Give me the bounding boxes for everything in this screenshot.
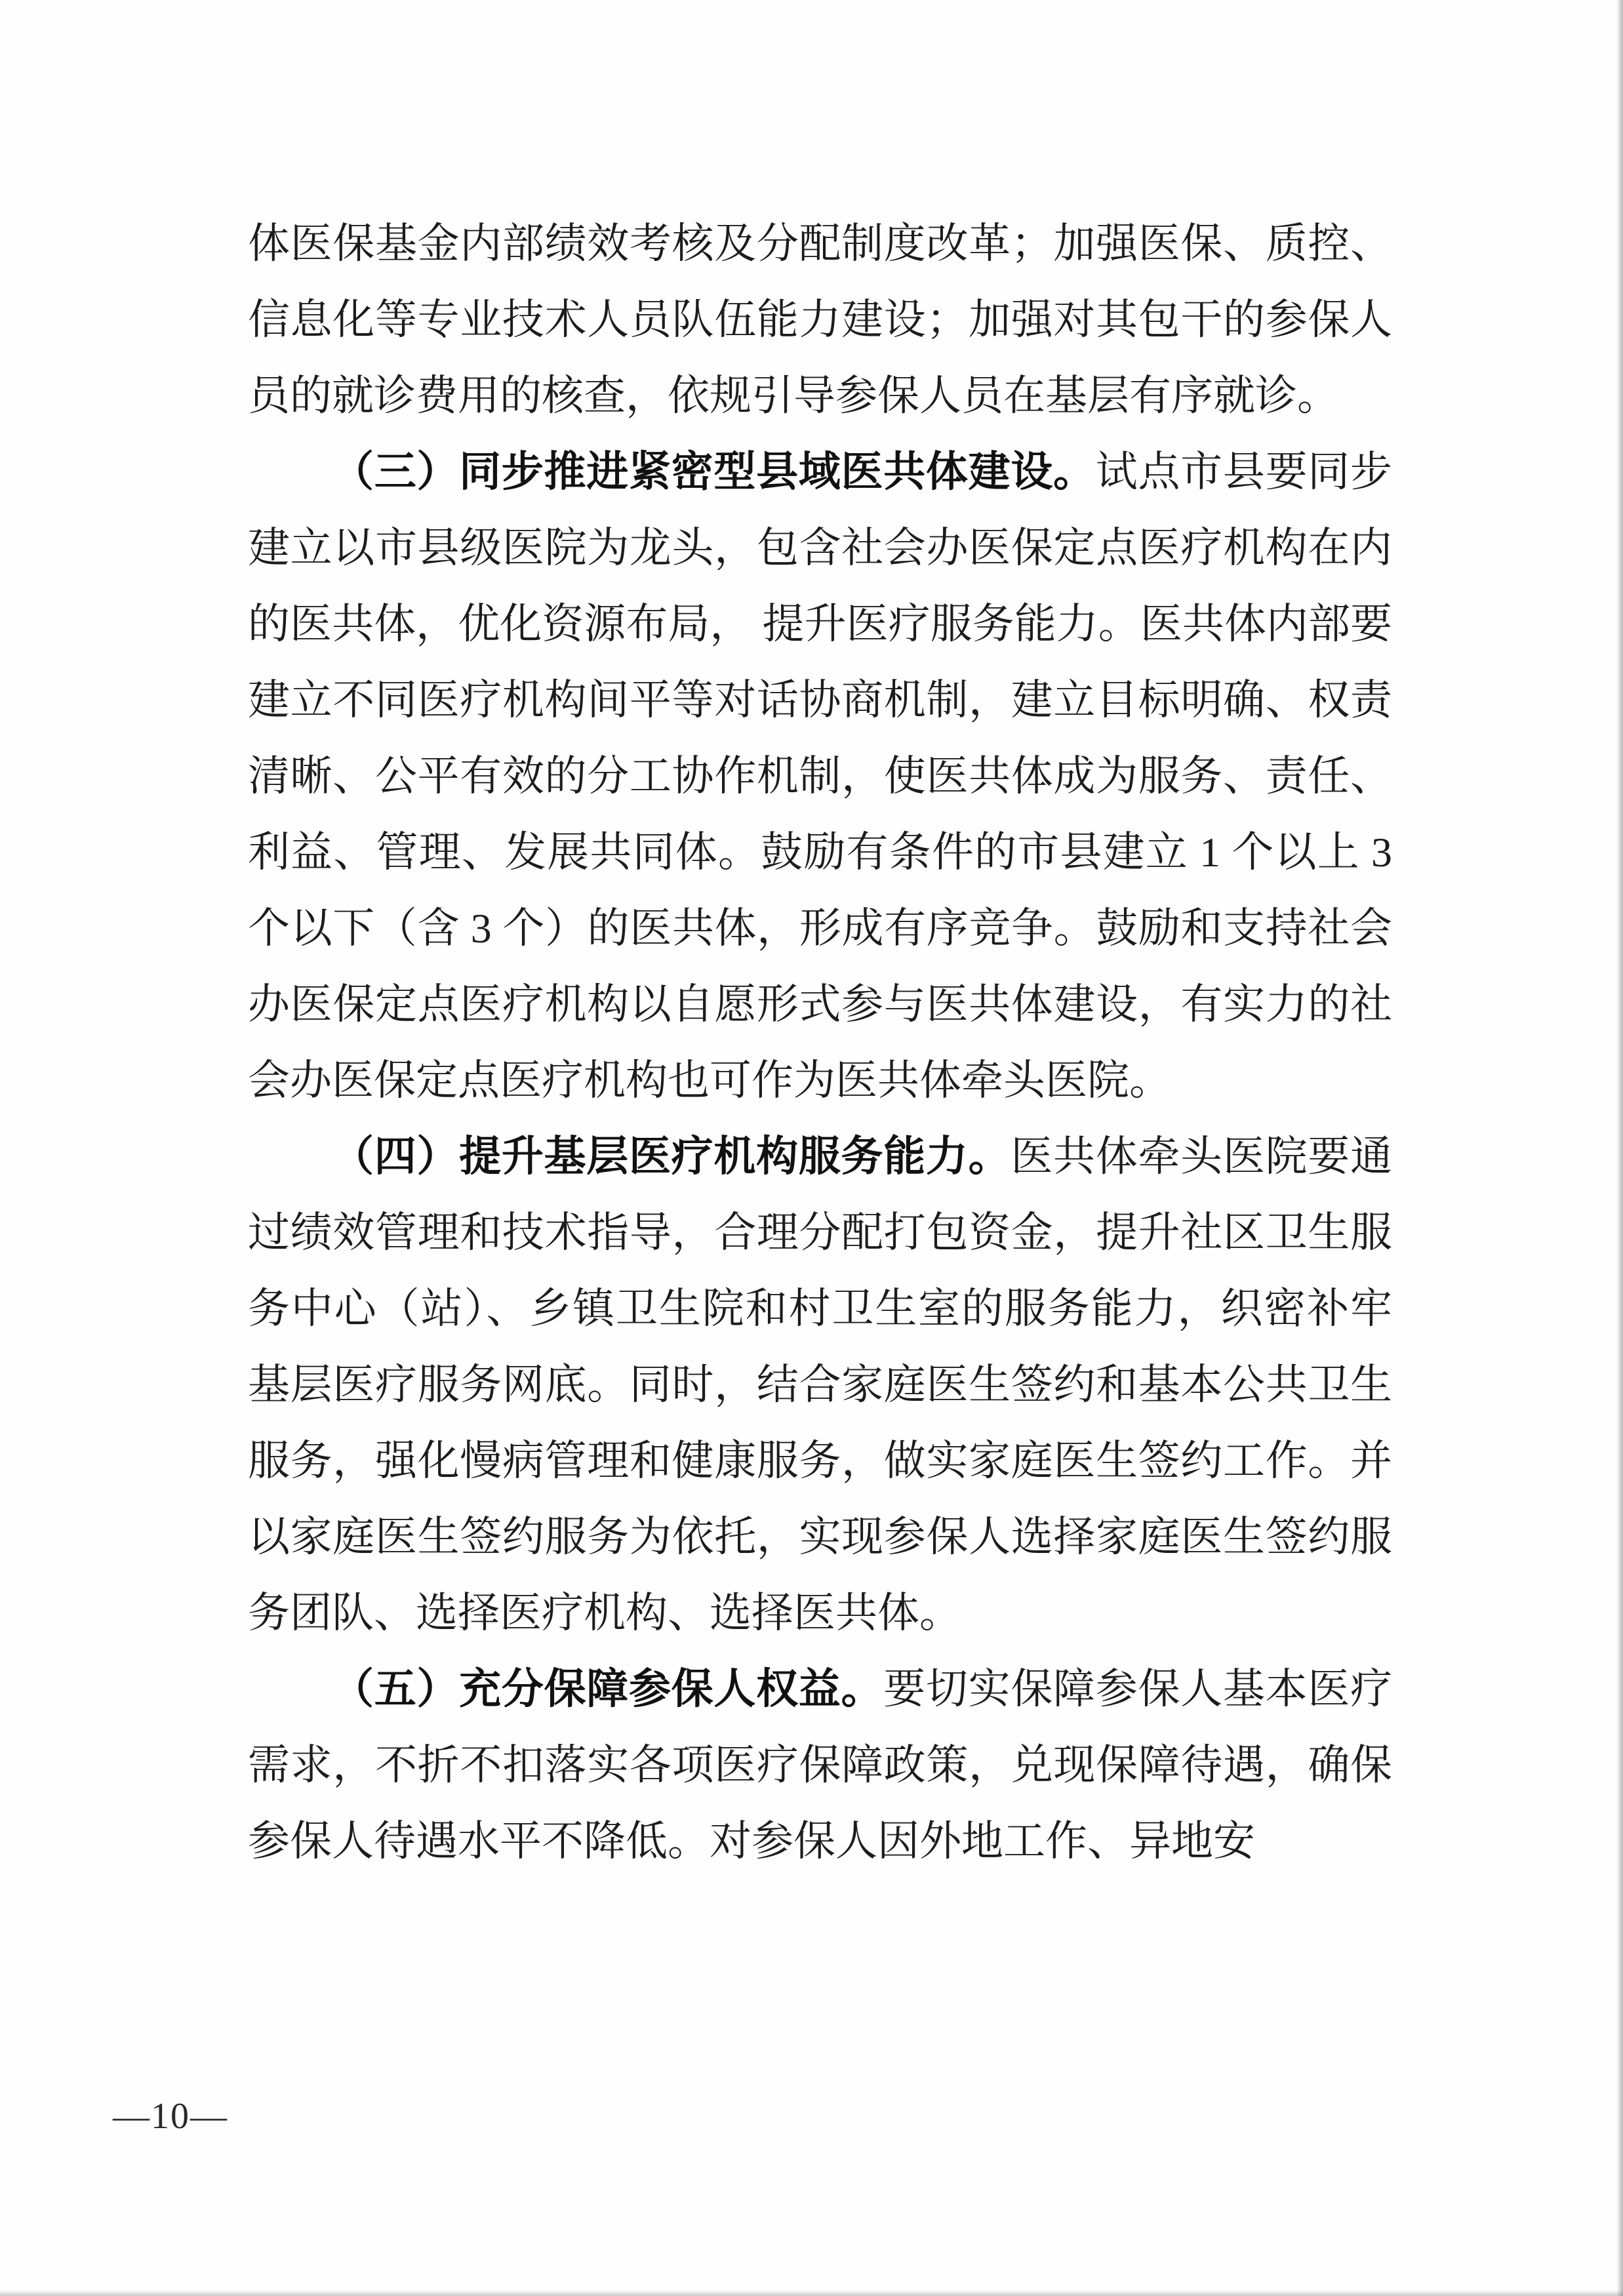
paragraph-text: 体医保基金内部绩效考核及分配制度改革；加强医保、质控、信息化等专业技术人员队伍能…: [248, 220, 1392, 419]
page-number: —10—: [113, 2095, 228, 2137]
scan-edge-artifact: [0, 2290, 1623, 2296]
paragraph-section-5: （五）充分保障参保人权益。要切实保障参保人基本医疗需求，不折不扣落实各项医疗保障…: [248, 1651, 1392, 1880]
paragraph-text: 试点市县要同步建立以市县级医院为龙头，包含社会办医保定点医疗机构在内的医共体，优…: [248, 449, 1392, 1104]
scan-edge-artifact: [1616, 0, 1623, 2296]
paragraph-section-4: （四）提升基层医疗机构服务能力。医共体牵头医院要通过绩效管理和技术指导，合理分配…: [248, 1119, 1392, 1651]
paragraph-lead: （三）同步推进紧密型县域医共体建设。: [332, 449, 1096, 495]
paragraph-continuation: 体医保基金内部绩效考核及分配制度改革；加强医保、质控、信息化等专业技术人员队伍能…: [248, 206, 1392, 434]
paragraph-text: 医共体牵头医院要通过绩效管理和技术指导，合理分配打包资金，提升社区卫生服务中心（…: [248, 1133, 1392, 1636]
document-body: 体医保基金内部绩效考核及分配制度改革；加强医保、质控、信息化等专业技术人员队伍能…: [248, 206, 1392, 1880]
paragraph-lead: （五）充分保障参保人权益。: [332, 1666, 883, 1712]
paragraph-lead: （四）提升基层医疗机构服务能力。: [332, 1133, 1011, 1180]
document-page: 体医保基金内部绩效考核及分配制度改革；加强医保、质控、信息化等专业技术人员队伍能…: [0, 0, 1623, 2296]
paragraph-section-3: （三）同步推进紧密型县域医共体建设。试点市县要同步建立以市县级医院为龙头，包含社…: [248, 434, 1392, 1119]
